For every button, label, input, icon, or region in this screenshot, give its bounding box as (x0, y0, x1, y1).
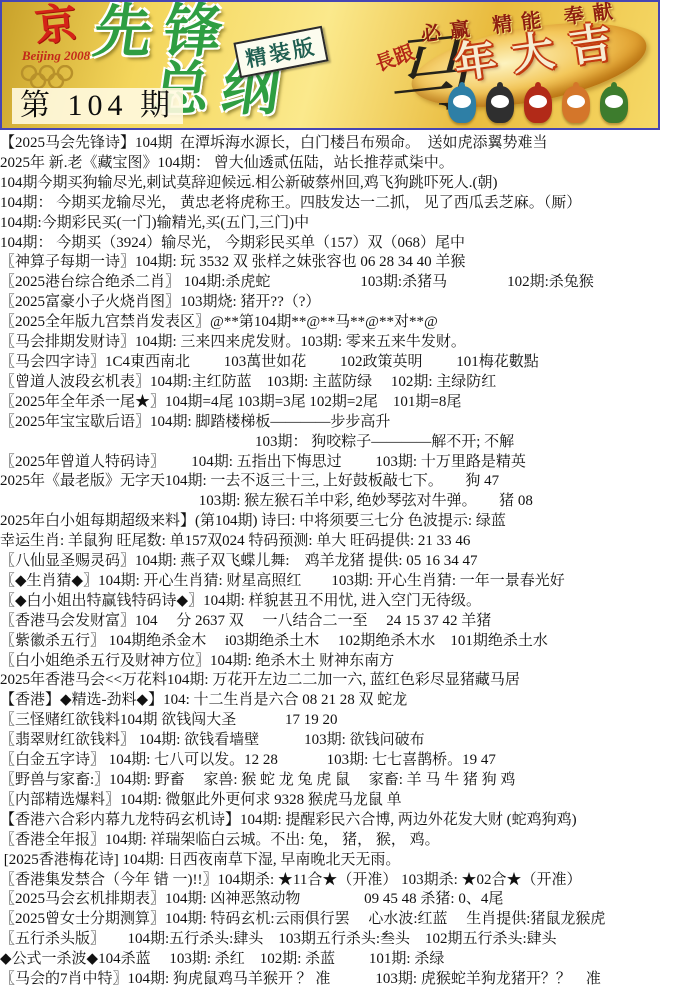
content-lines: 【2025马会先锋诗】104期 在潭坼海水源长，白门楼吕布殒命。 送如虎添翼势难… (0, 134, 688, 990)
text-line: 104期:今期彩民买(一门)输精光,买(五门,三门)中 (0, 214, 688, 234)
text-line: 〖2025年宝宝歇后语〗104期: 脚踏楼梯板————步步高升 (0, 413, 688, 433)
page: 京 Beijing 2008 先锋 总纲 精装版 第 104 期 马 年大吉 必… (0, 0, 688, 997)
text-line: 〖马会四字诗〗1C4東西南北 103萬世如花 102政策英明 101梅花數點 (0, 353, 688, 373)
text-line: 〖香港集发禁合（今年 错 一)!!〗104期杀: ★11合★（开准） 103期杀… (0, 871, 688, 891)
text-line: 〖香港全年报〗104期: 祥瑞架临白云城。不出: 兔， 猪， 猴， 鸡。 (0, 831, 688, 851)
text-line: 〖2025年全年杀一尾★〗104期=4尾 103期=3尾 102期=2尾 101… (0, 393, 688, 413)
text-line: 〖白金五字诗〗 104期: 七八可以发。12 28 103期: 七七喜鹊桥。19… (0, 751, 688, 771)
text-line: 104期今期买狗输尽光,刺试莫辞迎候远.相公新破蔡州回,鸡飞狗跳吓死人.(朝) (0, 174, 688, 194)
text-line: 〖紫徽杀五行〗 104期绝杀金木 i03期绝杀土木 102期绝杀木水 101期绝… (0, 632, 688, 652)
text-line: 〖翡翠财红欲钱料〗 104期: 欲钱看墙壁 103期: 欲钱问破布 (0, 731, 688, 751)
text-line: [2025香港梅花诗] 104期: 日西夜南草下湿, 早南晚北天无雨。 (0, 851, 688, 871)
text-line: 〖2025富豪小子火烧肖图〗103期烧: 猪开??（?） (0, 293, 688, 313)
text-line: 〖马会的7肖中特〗104期: 狗虎鼠鸡马羊猴开 ？ 准 103期: 虎猴蛇羊狗龙… (0, 970, 688, 990)
mascots-row (448, 86, 628, 123)
text-line: 103期： 狗咬粽子————解不开; 不解 (0, 433, 688, 453)
text-line: 2025年香港马会<<万花料104期: 万花开左边二二加一六, 蓝红色彩尽显猪藏… (0, 671, 688, 691)
text-line: 〖2025年曾道人特码诗〗 104期: 五指出下悔思过 103期: 十万里路是精… (0, 453, 688, 473)
masthead-title-top: 先锋 (90, 2, 238, 62)
fuwa-mascot-icon (600, 86, 628, 123)
text-line: ◆公式一杀波◆104杀蓝 103期: 杀红 102期: 杀蓝 101期: 杀绿 (0, 950, 688, 970)
fuwa-mascot-icon (486, 86, 514, 123)
text-line: 2025年白小姐每期超级来料】(第104期) 诗曰: 中将须要三七分 色波提示:… (0, 512, 688, 532)
text-line: 〖神算子每期一诗〗104期: 玩 3532 双 张样之妹张容也 06 28 34… (0, 253, 688, 273)
text-line: 〖香港马会发财富〗104 分 2637 双 一八结合二一至 24 15 37 4… (0, 612, 688, 632)
fuwa-mascot-icon (448, 86, 476, 123)
fuwa-mascot-icon (562, 86, 590, 123)
text-line: 104期： 今期买龙输尽光， 黄忠老将虎称王。四肢发达一二抓， 见了西瓜丢芝麻。… (0, 194, 688, 214)
text-line: 〖白小姐绝杀五行及财神方位〗104期: 绝杀木土 财神东南方 (0, 652, 688, 672)
issue-number: 第 104 期 (12, 88, 183, 124)
text-line: 〖马会排期发财诗〗104期: 三来四来虎发财。103期: 零来五来牛发财。 (0, 333, 688, 353)
text-line: 〖2025曾女士分期测算〗104期: 特码玄机:云雨俱行罢 心水波:红蓝 生肖提… (0, 910, 688, 930)
text-line: 〖三怪赌红欲钱料104期 欲钱闯大圣 17 19 20 (0, 711, 688, 731)
text-line: 〖2025港台综合绝杀二肖〗 104期:杀虎蛇 103期:杀猪马 102期:杀兔… (0, 273, 688, 293)
text-line: 2025年《最老版》无字天104期: 一去不返三十三, 上好鼓板敲七下。 狗 4… (0, 472, 688, 492)
text-line: 〖◆白小姐出特赢钱特码诗◆〗104期: 样貌甚丑不用忧, 进入空门无待级。 (0, 592, 688, 612)
text-line: 〖曾道人波段玄机表〗104期:主红防蓝 103期: 主蓝防绿 102期: 主绿防… (0, 373, 688, 393)
text-line: 〖八仙显圣赐灵码〗104期: 燕子双飞蝶儿舞: 鸡羊龙猪 提供: 05 16 3… (0, 552, 688, 572)
text-line: 〖◆生肖猜◆〗104期: 开心生肖猜: 财星高照红 103期: 开心生肖猜: 一… (0, 572, 688, 592)
fuwa-mascot-icon (524, 86, 552, 123)
text-line: 【香港】◆精选-劲料◆】104: 十二生肖是六合 08 21 28 双 蛇龙 (0, 691, 688, 711)
text-line: 2025年 新.老《藏宝图》104期： 曾大仙透贰伍陆，站长推荐贰柒中。 (0, 154, 688, 174)
text-line: 〖野兽与家畜:〗104期: 野畜 家兽: 猴 蛇 龙 兔 虎 鼠 家畜: 羊 马… (0, 771, 688, 791)
text-line: 幸运生肖: 羊鼠狗 旺尾数: 单157双024 特码预测: 单大 旺码提供: 2… (0, 532, 688, 552)
text-line: 〖五行杀头版〗 104期:五行杀头:肆头 103期五行杀头:叁头 102期五行杀… (0, 930, 688, 950)
text-line: 103期: 猴左猴石羊中彩, 绝妙琴弦对牛弹。 猪 08 (0, 492, 688, 512)
text-line: 【香港六合彩内幕九龙特码玄机诗】104期: 提醒彩民六合博, 两边外花发大财 (… (0, 811, 688, 831)
text-line: 104期： 今期买（3924）输尽光， 今期彩民买单（157）双（068）尾中 (0, 234, 688, 254)
text-line: 〖2025全年版九宫禁肖发表区〗@**第104期**@**马**@**对**@ (0, 313, 688, 333)
text-line: 〖内部精选爆料〗104期: 微躯此外更何求 9328 猴虎马龙鼠 单 (0, 791, 688, 811)
masthead: 京 Beijing 2008 先锋 总纲 精装版 第 104 期 马 年大吉 必… (0, 0, 660, 130)
text-line: 【2025马会先锋诗】104期 在潭坼海水源长，白门楼吕布殒命。 送如虎添翼势难… (0, 134, 688, 154)
text-line: 〖2025马会玄机排期表〗104期: 凶神恶煞动物 09 45 48 杀猪: 0… (0, 890, 688, 910)
